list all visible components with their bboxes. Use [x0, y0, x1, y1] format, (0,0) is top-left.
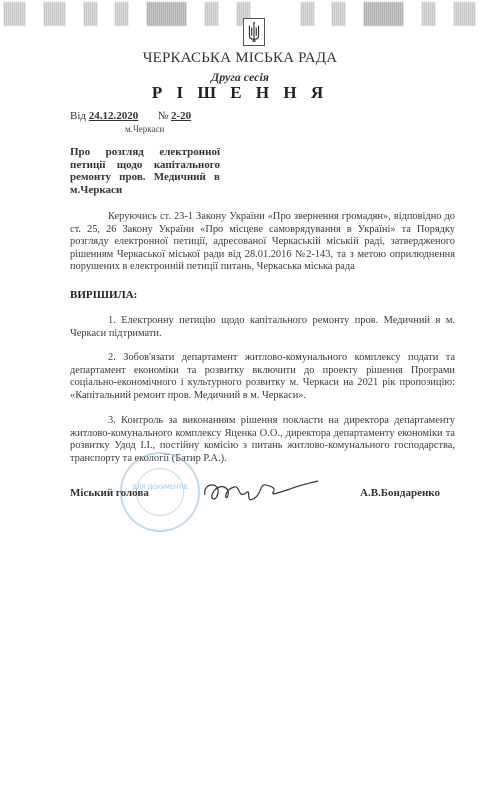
document-subject: Про розгляд електронної петиції щодо кап…: [70, 146, 220, 196]
resolved-label: ВИРІШИЛА:: [70, 289, 137, 301]
date-number-line: Від 24.12.2020 № 2-20: [70, 110, 191, 122]
document-date: 24.12.2020: [89, 110, 139, 122]
scan-header-noise: [0, 2, 480, 32]
number-prefix: №: [158, 110, 169, 122]
resolution-item-2: 2. Зобов'язати департамент житлово-комун…: [70, 352, 455, 402]
document-title: Р І Ш Е Н Н Я: [0, 83, 480, 103]
resolution-item-3: 3. Контроль за виконанням рішення поклас…: [70, 415, 455, 465]
trident-emblem-icon: [243, 18, 265, 46]
council-name: ЧЕРКАСЬКА МІСЬКА РАДА: [0, 50, 480, 67]
city-label: м.Черкаси: [125, 124, 164, 134]
intro-paragraph: Керуючись ст. 23-1 Закону України «Про з…: [70, 211, 455, 274]
signatory-name: А.В.Бондаренко: [360, 487, 440, 499]
date-prefix: Від: [70, 110, 86, 122]
resolution-item-1: 1. Електронну петицію щодо капітального …: [70, 315, 455, 340]
signatory-title: Міський голова: [70, 487, 149, 499]
document-number: 2-20: [171, 110, 191, 122]
handwritten-signature-icon: [200, 473, 320, 513]
